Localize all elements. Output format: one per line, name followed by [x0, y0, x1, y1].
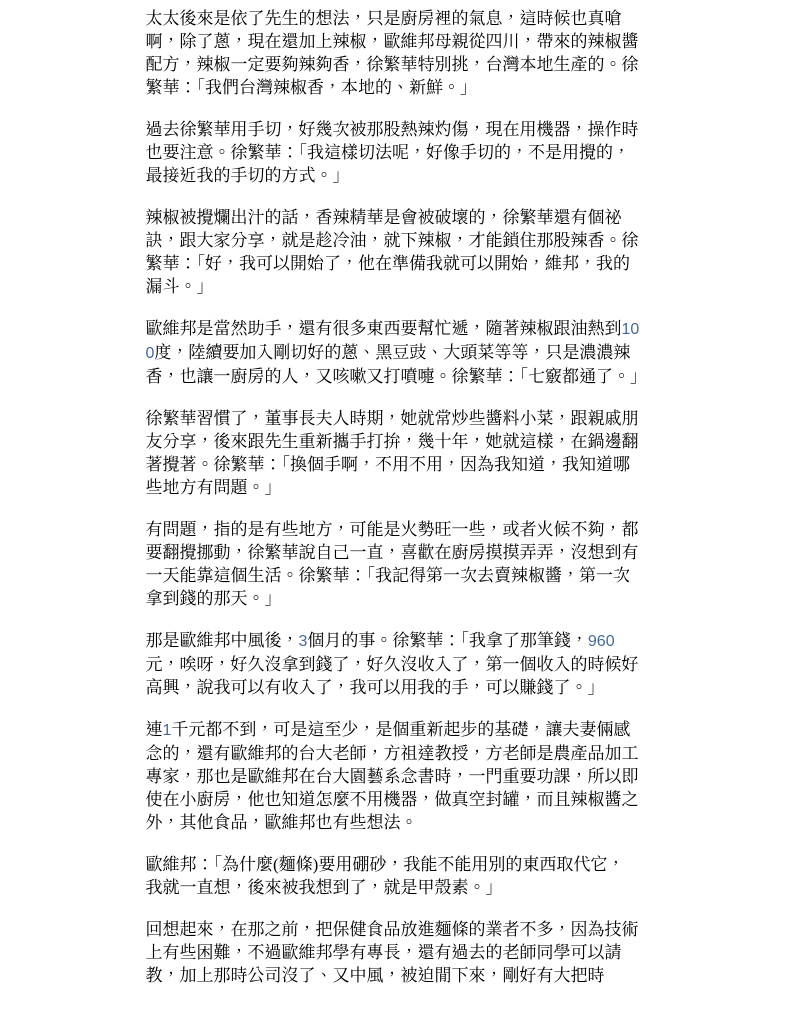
- paragraph: 歐維邦是當然助手，還有很多東西要幫忙遞，隨著辣椒跟油熱到100度，陸續要加入剛切…: [146, 317, 640, 388]
- paragraph: 辣椒被攪爛出汁的話，香辣精華是會被破壞的，徐繁華還有個祕訣，跟大家分享，就是趁冷…: [146, 206, 640, 298]
- numeric-text: 1: [163, 722, 172, 739]
- paragraph: 回想起來，在那之前，把保健食品放進麵條的業者不多，因為技術上有些困難，不過歐維邦…: [146, 918, 640, 987]
- paragraph: 歐維邦：「為什麼(麵條)要用硼砂，我能不能用別的東西取代它，我就一直想，後來被我…: [146, 853, 640, 899]
- paragraph: 有問題，指的是有些地方，可能是火勢旺一些，或者火候不夠，都要翻攪挪動，徐繁華說自…: [146, 518, 640, 610]
- article-page: 太太後來是依了先生的想法，只是廚房裡的氣息，這時候也真嗆啊，除了蔥，現在還加上辣…: [0, 0, 785, 987]
- paragraph: 過去徐繁華用手切，好幾次被那股熱辣灼傷，現在用機器，操作時也要注意。徐繁華：「我…: [146, 118, 640, 187]
- numeric-text: 100: [146, 321, 640, 362]
- paragraph: 太太後來是依了先生的想法，只是廚房裡的氣息，這時候也真嗆啊，除了蔥，現在還加上辣…: [146, 7, 640, 99]
- paragraph: 連1千元都不到，可是這至少，是個重新起步的基礎，讓夫妻倆感念的，還有歐維邦的台大…: [146, 718, 640, 834]
- paragraph: 那是歐維邦中風後，3個月的事。徐繁華：「我拿了那筆錢，960元，唉呀，好久沒拿到…: [146, 629, 640, 699]
- numeric-text: 3: [299, 633, 308, 650]
- numeric-text: 960: [588, 633, 615, 650]
- article-body: 太太後來是依了先生的想法，只是廚房裡的氣息，這時候也真嗆啊，除了蔥，現在還加上辣…: [146, 0, 640, 987]
- paragraph: 徐繁華習慣了，董事長夫人時期，她就常炒些醬料小菜，跟親戚朋友分享，後來跟先生重新…: [146, 407, 640, 499]
